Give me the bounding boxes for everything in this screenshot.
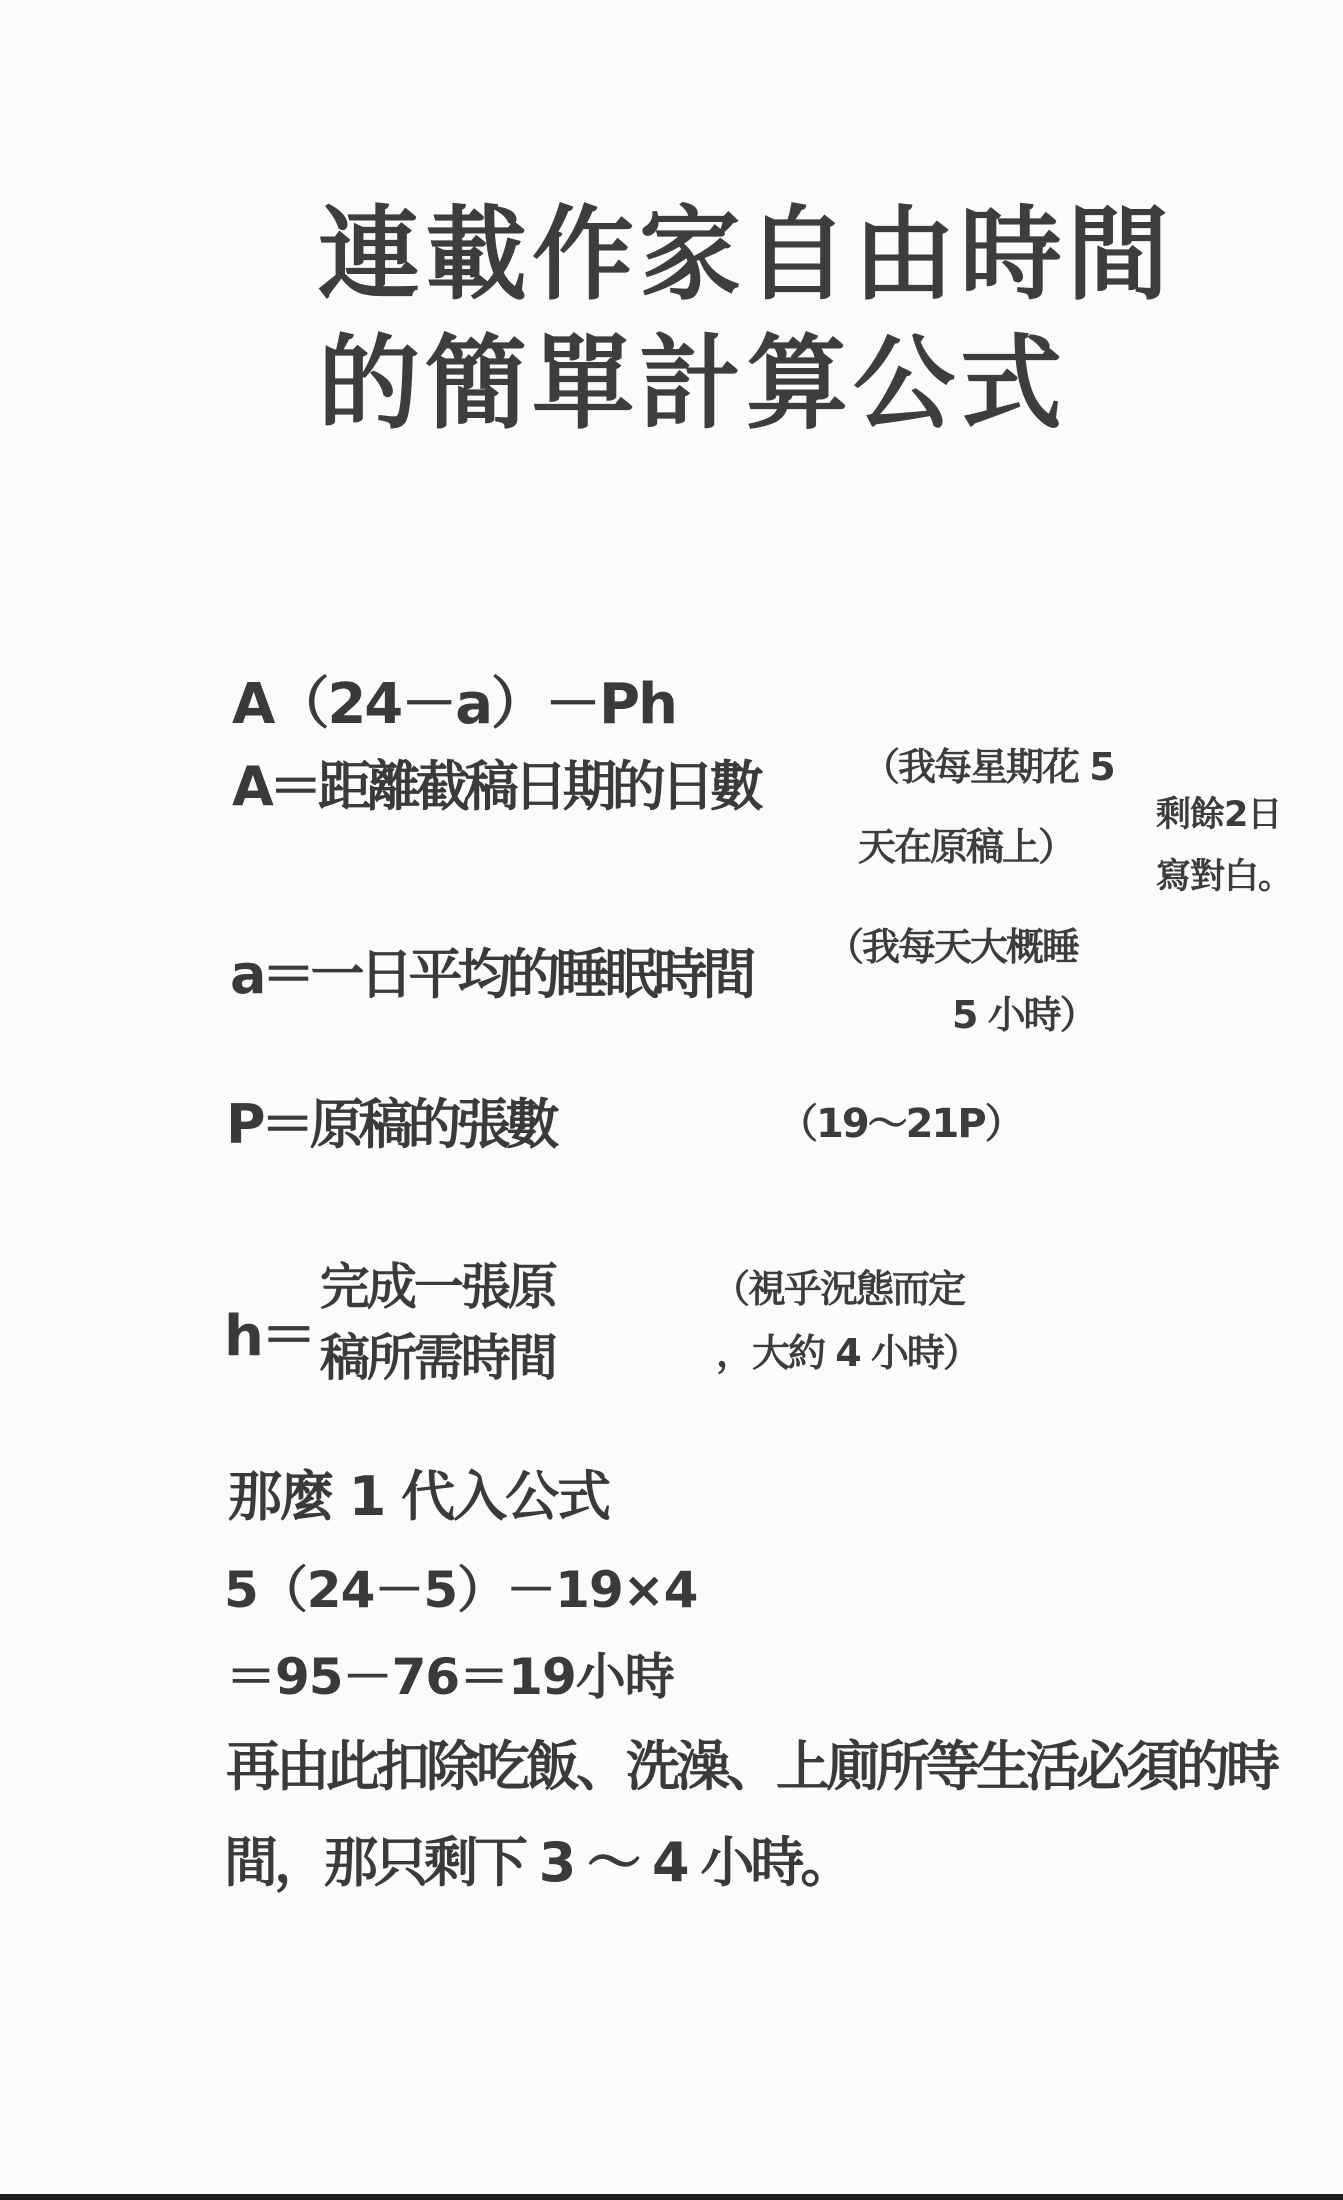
definition-a-note-line1: （我每天大概睡 [826, 928, 1078, 966]
scan-bottom-edge [0, 2194, 1343, 2200]
definition-h-note-line2: ，大約 4 小時） [716, 1334, 979, 1372]
calculation-step2: ＝95－76＝19小時 [226, 1652, 674, 1702]
definition-h: h＝ 完成一張原 稿所需時間 [224, 1252, 555, 1394]
definition-a-note-line2: 5 小時） [952, 996, 1096, 1034]
definition-a: a＝一日平均的睡眠時間 [230, 948, 751, 1002]
scanned-page: 連載作家自由時間 的簡單計算公式 A（24－a）－Ph A＝距離截稿日期的日數 … [0, 0, 1343, 2200]
definition-A-side-note-line2: 寫對白。 [1156, 860, 1292, 895]
definition-P: P＝原稿的張數 [226, 1098, 555, 1152]
definition-h-note-line1: （視乎況態而定 [712, 1270, 964, 1308]
definition-P-note: （19～21P） [778, 1104, 1023, 1144]
definition-h-prefix: h＝ [224, 1274, 314, 1372]
calculation-intro: 那麼 1 代入公式 [228, 1470, 609, 1524]
conclusion-line2: 間，那只剩下 3 ～ 4 小時。 [224, 1836, 850, 1890]
conclusion-line1: 再由此扣除吃飯、洗澡、上廁所等生活必須的時 [226, 1740, 1276, 1794]
definition-A-note-line1: （我每星期花 5 [862, 748, 1114, 786]
definition-h-text-line1: 完成一張原 [320, 1252, 555, 1323]
definition-h-text-line2: 稿所需時間 [320, 1323, 555, 1394]
definition-h-text: 完成一張原 稿所需時間 [320, 1252, 555, 1394]
calculation-step1: 5（24－5）－19×4 [224, 1565, 697, 1615]
definition-A-note-line2: 天在原稿上） [858, 828, 1074, 866]
definition-A-side-note-line1: 剩餘2日 [1156, 798, 1281, 833]
page-title-line1: 連載作家自由時間 [318, 205, 1174, 307]
definition-A: A＝距離截稿日期的日數 [232, 760, 759, 814]
main-formula: A（24－a）－Ph [232, 660, 676, 740]
page-title-line2: 的簡單計算公式 [318, 334, 1067, 436]
